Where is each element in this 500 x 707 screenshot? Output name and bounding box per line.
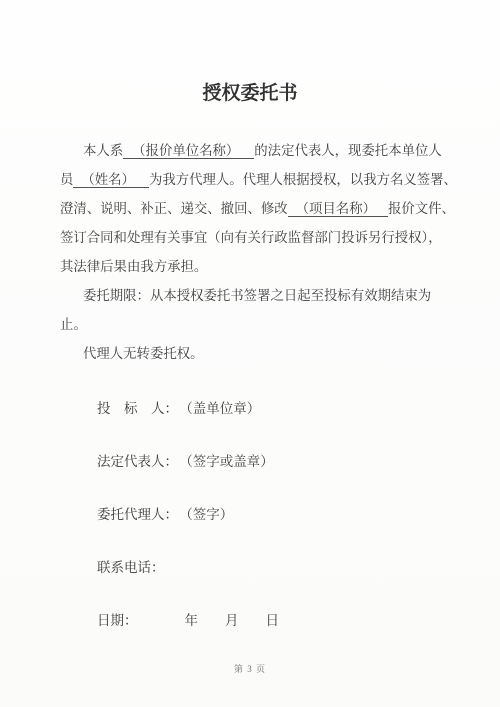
page-number: 第 3 页: [0, 662, 500, 675]
date-blanks: 年 月 日: [185, 613, 280, 628]
blank-agent-name: （姓名）: [73, 172, 149, 188]
signature-label: 日期：: [97, 613, 138, 628]
signature-row-bidder: 投 标 人：（盖单位章）: [97, 394, 500, 423]
signature-hint: （签字）: [186, 507, 233, 522]
signature-hint: （签字或盖章）: [186, 454, 274, 469]
signature-label: 法定代表人：: [97, 454, 178, 469]
body-text-segment: 本人系: [83, 143, 123, 158]
signature-row-authorized-agent: 委托代理人：（签字）: [97, 500, 500, 529]
paragraph-term: 委托期限：从本授权委托书签署之日起至投标有效期结束为 止。: [60, 281, 500, 339]
signature-hint: （盖单位章）: [186, 401, 260, 416]
paragraph-authorization: 本人系（报价单位名称）的法定代表人，现委托本单位人 员（姓名）为我方代理人。代理…: [60, 136, 500, 281]
signature-label: 委托代理人：: [97, 507, 178, 522]
signature-row-phone: 联系电话：: [97, 553, 500, 582]
paragraph-no-subdelegation: 代理人无转委托权。: [60, 339, 500, 368]
document-body: 本人系（报价单位名称）的法定代表人，现委托本单位人 员（姓名）为我方代理人。代理…: [60, 136, 500, 368]
signature-label: 联系电话：: [97, 560, 165, 575]
page-title: 授权委托书: [0, 0, 500, 108]
signature-row-date: 日期：年 月 日: [97, 606, 500, 635]
signature-label: 投 标 人：: [97, 401, 178, 416]
document-page: 授权委托书 本人系（报价单位名称）的法定代表人，现委托本单位人 员（姓名）为我方…: [0, 0, 500, 707]
signature-block: 投 标 人：（盖单位章） 法定代表人：（签字或盖章） 委托代理人：（签字） 联系…: [97, 394, 500, 635]
blank-company-name: （报价单位名称）: [123, 143, 254, 159]
blank-project-name: （项目名称）: [288, 201, 388, 217]
signature-row-legal-representative: 法定代表人：（签字或盖章）: [97, 447, 500, 476]
